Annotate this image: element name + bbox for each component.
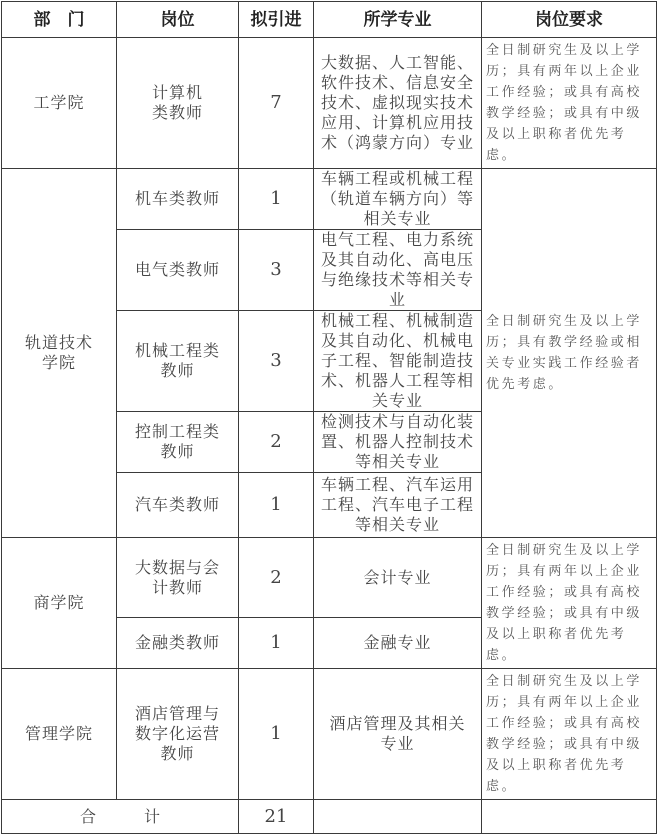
- count-cell: 1: [239, 669, 314, 800]
- position-cell: 控制工程类教师: [117, 412, 239, 473]
- total-row: 合 计 21: [2, 800, 657, 805]
- header-position: 岗位: [117, 2, 239, 38]
- requirement-cell: 全日制研究生及以上学历；具有教学经验或相关专业实践工作经验者优先考虑。: [482, 169, 657, 538]
- major-cell: 车辆工程、汽车运用工程、汽车电子工程等相关专业: [314, 473, 482, 538]
- table-row: 商学院 大数据与会计教师 2 会计专业 全日制研究生及以上学历；具有两年以上企业…: [2, 538, 657, 618]
- table-row: 管理学院 酒店管理与数字化运营教师 1 酒店管理及其相关专业 全日制研究生及以上…: [2, 669, 657, 800]
- count-cell: 7: [239, 38, 314, 169]
- position-cell: 大数据与会计教师: [117, 538, 239, 618]
- total-label: 合 计: [2, 800, 239, 805]
- position-cell: 电气类教师: [117, 230, 239, 311]
- position-cell: 计算机类教师: [117, 38, 239, 169]
- total-requirement: [482, 800, 657, 805]
- major-cell: 车辆工程或机械工程（轨道车辆方向）等相关专业: [314, 169, 482, 230]
- position-cell: 机械工程类教师: [117, 311, 239, 412]
- major-cell: 会计专业: [314, 538, 482, 618]
- count-cell: 3: [239, 230, 314, 311]
- position-title: 酒店管理与数字化运营教师: [133, 704, 223, 764]
- position-title: 机械工程类教师: [133, 341, 223, 381]
- major-cell: 机械工程、机械制造及其自动化、机械电子工程、智能制造技术、机器人工程等相关专业: [314, 311, 482, 412]
- count-cell: 3: [239, 311, 314, 412]
- major-text: 酒店管理及其相关专业: [323, 714, 473, 754]
- count-cell: 2: [239, 412, 314, 473]
- department-name: 轨道技术学院: [24, 333, 94, 373]
- count-cell: 1: [239, 473, 314, 538]
- department-cell: 工学院: [2, 38, 117, 169]
- header-requirement: 岗位要求: [482, 2, 657, 38]
- total-major: [314, 800, 482, 805]
- major-cell: 电气工程、电力系统及其自动化、高电压与绝缘技术等相关专业: [314, 230, 482, 311]
- position-title: 计算机类教师: [145, 83, 211, 123]
- department-cell: 轨道技术学院: [2, 169, 117, 538]
- position-cell: 金融类教师: [117, 618, 239, 669]
- major-cell: 检测技术与自动化装置、机器人控制技术等相关专业: [314, 412, 482, 473]
- position-cell: 汽车类教师: [117, 473, 239, 538]
- department-cell: 管理学院: [2, 669, 117, 800]
- table-row: 工学院 计算机类教师 7 大数据、人工智能、软件技术、信息安全技术、虚拟现实技术…: [2, 38, 657, 169]
- count-cell: 1: [239, 618, 314, 669]
- header-department: 部 门: [2, 2, 117, 38]
- position-cell: 机车类教师: [117, 169, 239, 230]
- requirement-cell: 全日制研究生及以上学历；具有两年以上企业工作经验；或具有高校教学经验；或具有中级…: [482, 669, 657, 800]
- requirement-cell: 全日制研究生及以上学历；具有两年以上企业工作经验；或具有高校教学经验；或具有中级…: [482, 38, 657, 169]
- major-cell: 酒店管理及其相关专业: [314, 669, 482, 800]
- table-row: 轨道技术学院 机车类教师 1 车辆工程或机械工程（轨道车辆方向）等相关专业 全日…: [2, 169, 657, 230]
- position-title: 控制工程类教师: [133, 422, 223, 462]
- count-cell: 2: [239, 538, 314, 618]
- major-cell: 金融专业: [314, 618, 482, 669]
- position-title: 大数据与会计教师: [133, 558, 223, 598]
- header-row: 部 门 岗位 拟引进 所学专业 岗位要求: [2, 2, 657, 38]
- header-major: 所学专业: [314, 2, 482, 38]
- recruitment-table: 部 门 岗位 拟引进 所学专业 岗位要求 工学院 计算机类教师 7 大数据、人工…: [1, 1, 657, 804]
- major-cell: 大数据、人工智能、软件技术、信息安全技术、虚拟现实技术应用、计算机应用技术（鸿蒙…: [314, 38, 482, 169]
- department-cell: 商学院: [2, 538, 117, 669]
- total-count: 21: [239, 800, 314, 805]
- count-cell: 1: [239, 169, 314, 230]
- position-cell: 酒店管理与数字化运营教师: [117, 669, 239, 800]
- requirement-cell: 全日制研究生及以上学历；具有两年以上企业工作经验；或具有高校教学经验；或具有中级…: [482, 538, 657, 669]
- header-count: 拟引进: [239, 2, 314, 38]
